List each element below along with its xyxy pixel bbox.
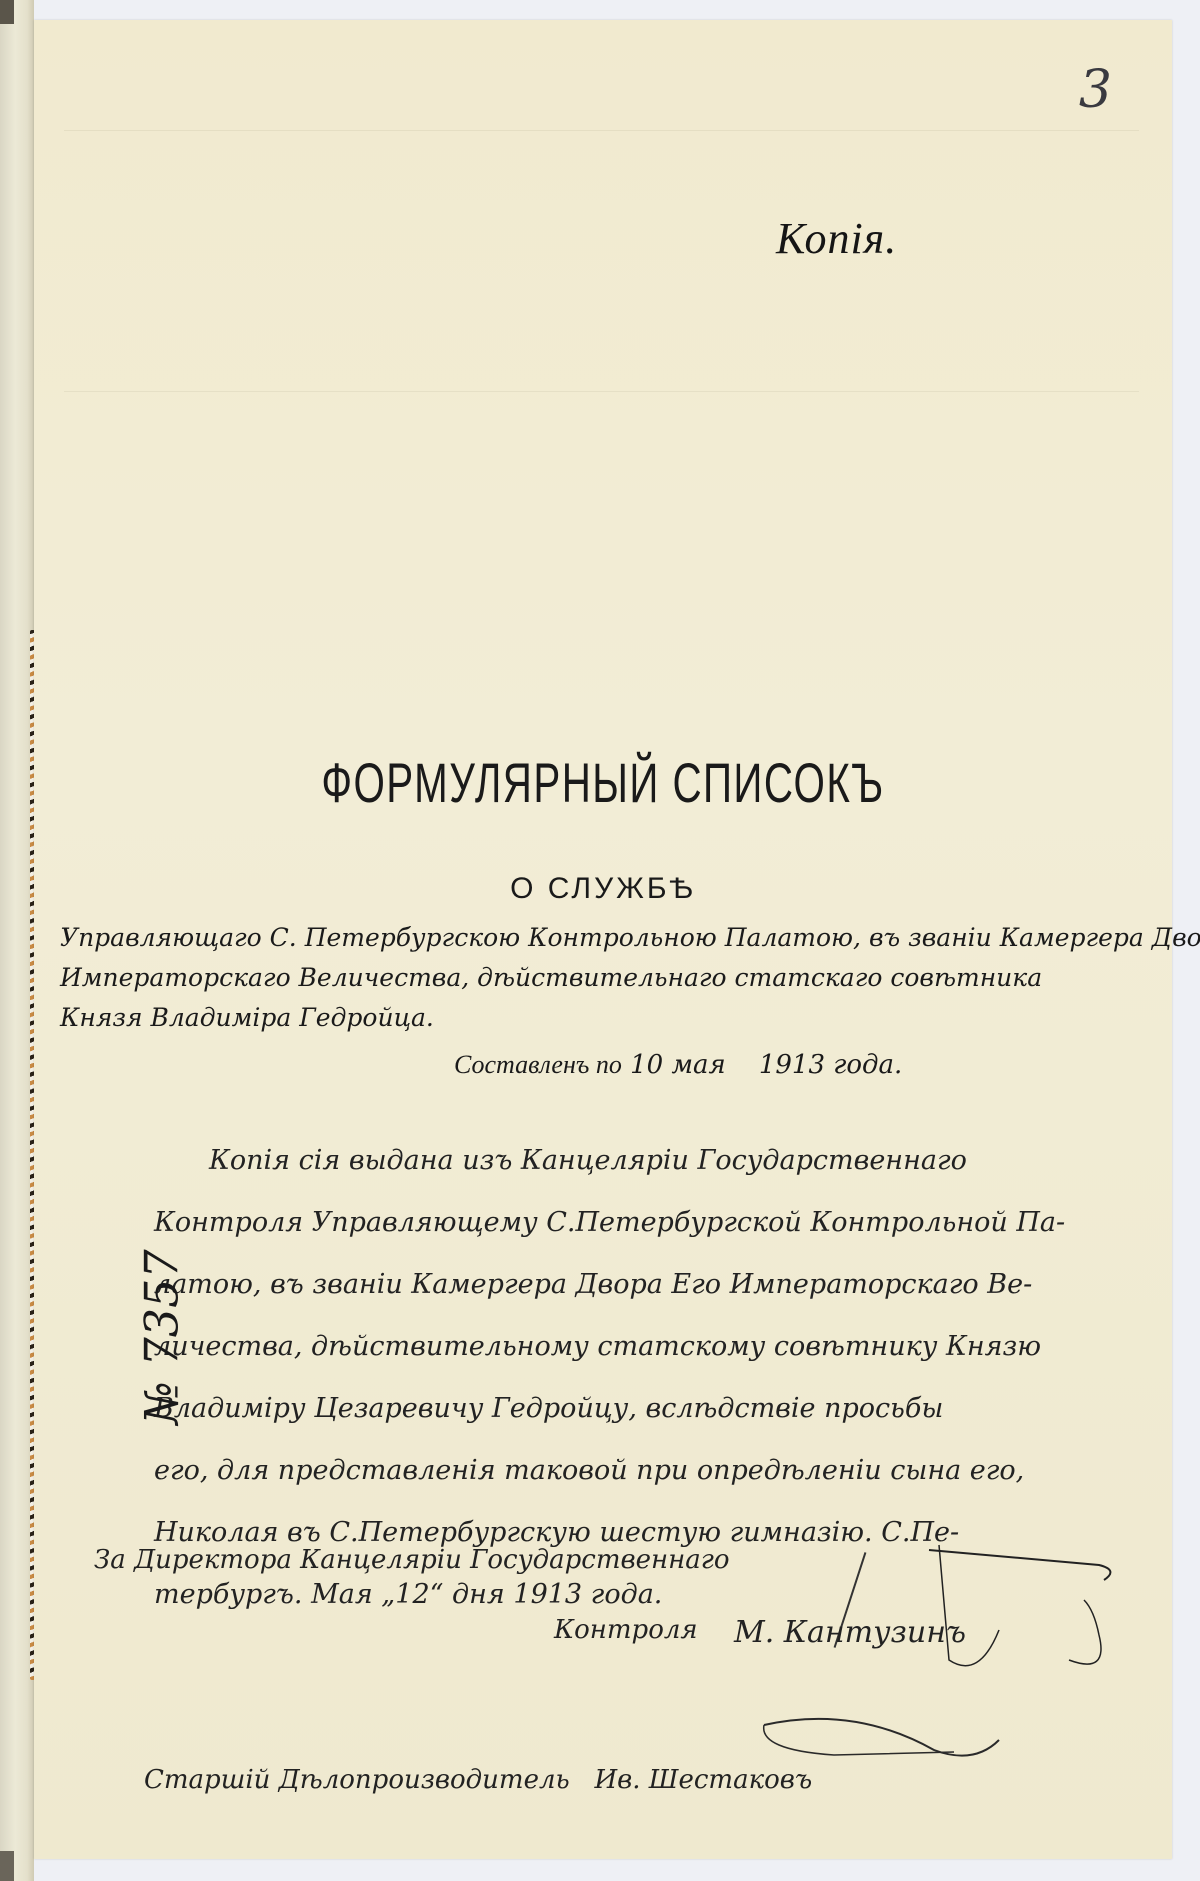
spine-edge-bottom (0, 1851, 14, 1881)
document-page: 3 Копія. ФОРМУЛЯРНЫЙ СПИСОКЪ О СЛУЖБѢ Уп… (34, 20, 1172, 1859)
document-title: ФОРМУЛЯРНЫЙ СПИСОКЪ (193, 750, 1012, 815)
margin-registration-number: № 7357 (135, 1249, 189, 1424)
page-number: 3 (1079, 60, 1112, 120)
composed-prefix: Составленъ по (454, 1050, 622, 1079)
director-signature-block: За Директора Канцеляріи Государственнаго… (94, 1545, 730, 1575)
spine-edge-top (0, 0, 14, 24)
body-line: его, для представленія таковой при опред… (154, 1440, 1194, 1502)
composed-date-line: Составленъ по 10 мая 1913 года. (454, 1050, 902, 1080)
clerk-signature: Ив. Шестаковъ (594, 1765, 812, 1795)
composed-day: 10 (630, 1050, 663, 1080)
book-spine (0, 0, 34, 1881)
document-subtitle: О СЛУЖБѢ (34, 872, 1172, 906)
body-line: Копія сія выдана изъ Канцеляріи Государс… (154, 1130, 1194, 1192)
body-line: Контроля Управляющему С.Петербургской Ко… (154, 1192, 1194, 1254)
clerk-title: Старшій Дѣлопроизводитель (144, 1765, 570, 1795)
director-title-line2: Контроля (554, 1615, 698, 1645)
heading-line: Управляющаго С. Петербургскою Контрольно… (60, 918, 1150, 958)
copy-mark: Копія. (776, 213, 897, 264)
show-through-table (64, 130, 1139, 392)
subject-heading: Управляющаго С. Петербургскою Контрольно… (60, 918, 1150, 1038)
composed-month: мая (671, 1050, 725, 1080)
body-line: латою, въ званіи Камергера Двора Его Имп… (154, 1254, 1194, 1316)
heading-line: Императорскаго Величества, дѣйствительна… (60, 958, 1150, 998)
body-line: личества, дѣйствительному статскому совѣ… (154, 1316, 1194, 1378)
body-line: Владиміру Цезаревичу Гедройцу, вслѣдстві… (154, 1378, 1194, 1440)
heading-line: Князя Владиміра Гедройца. (60, 998, 1150, 1038)
composed-year: 1913 года. (759, 1050, 902, 1080)
director-title-line1: За Директора Канцеляріи Государственнаго (94, 1545, 730, 1575)
senior-clerk-line: Старшій Дѣлопроизводитель Ив. Шестаковъ (144, 1765, 812, 1795)
signature-flourish-icon (919, 1540, 1119, 1680)
